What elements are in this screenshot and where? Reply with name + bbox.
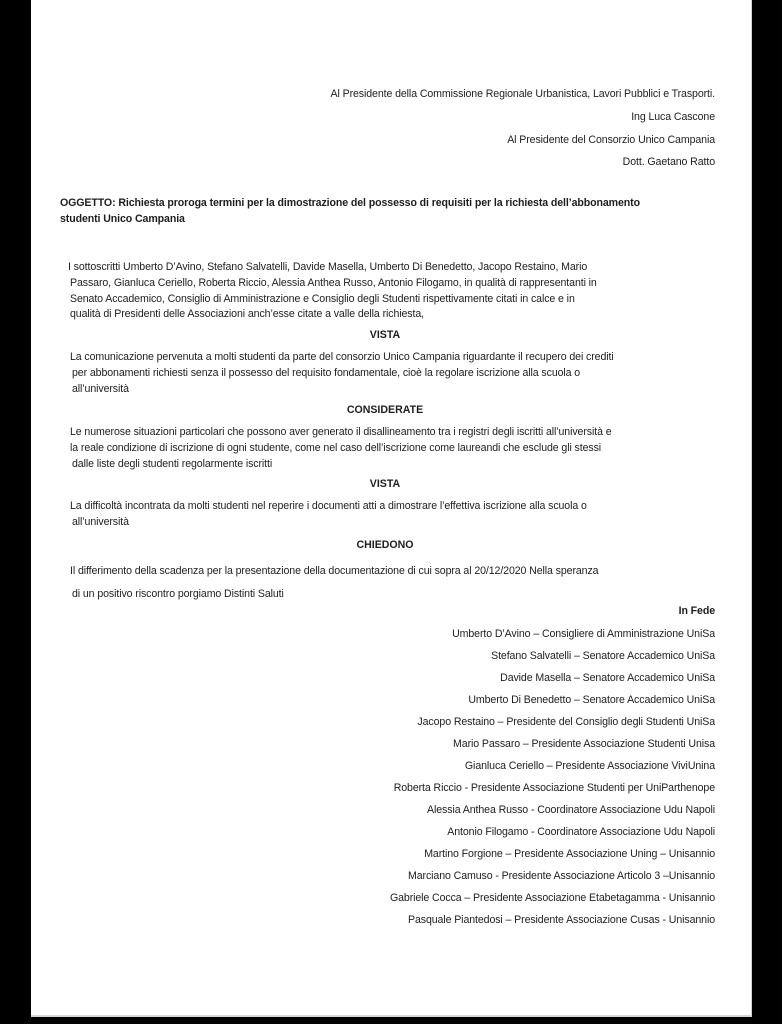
signatory: Gabriele Cocca – Presidente Associazione… [390, 891, 715, 906]
subject: OGGETTO: Richiesta proroga termini per l… [60, 196, 700, 228]
signatory: Gianluca Ceriello – Presidente Associazi… [465, 759, 715, 774]
section-heading-vista: VISTA [25, 328, 745, 343]
section-paragraph: Il differimento della scadenza per la pr… [70, 560, 710, 606]
intro-paragraph: I sottoscritti Umberto D’Avino, Stefano … [68, 260, 708, 323]
subject-line: OGGETTO: Richiesta proroga termini per l… [60, 196, 700, 212]
section-line: Le numerose situazioni particolari che p… [70, 425, 710, 441]
recipient-line: Al Presidente del Consorzio Unico Campan… [507, 133, 715, 148]
signatory: Antonio Filogamo - Coordinatore Associaz… [447, 825, 715, 840]
signatory: Pasquale Piantedosi – Presidente Associa… [408, 913, 715, 928]
section-line: La comunicazione pervenuta a molti stude… [70, 350, 710, 366]
section-line: all’università [70, 515, 710, 531]
intro-line: Passaro, Gianluca Ceriello, Roberta Ricc… [68, 276, 708, 292]
subject-line: studenti Unico Campania [60, 212, 700, 228]
section-paragraph: La difficoltà incontrata da molti studen… [70, 499, 710, 531]
recipient-line: Dott. Gaetano Ratto [623, 155, 715, 170]
signatory: Alessia Anthea Russo - Coordinatore Asso… [427, 803, 715, 818]
section-heading-vista: VISTA [25, 477, 745, 492]
section-line: dalle liste degli studenti regolarmente … [70, 457, 710, 473]
signatory: Mario Passaro – Presidente Associazione … [453, 737, 715, 752]
signatory: Roberta Riccio - Presidente Associazione… [394, 781, 715, 796]
recipient-line: Al Presidente della Commissione Regional… [331, 87, 715, 102]
section-line: per abbonamenti richiesti senza il posse… [70, 366, 710, 382]
intro-line: Senato Accademico, Consiglio di Amminist… [68, 292, 708, 308]
section-line: di un positivo riscontro porgiamo Distin… [70, 583, 710, 606]
recipient-line: Ing Luca Cascone [631, 110, 715, 125]
section-line: Il differimento della scadenza per la pr… [70, 560, 710, 583]
signatory: Davide Masella – Senatore Accademico Uni… [500, 671, 715, 686]
closing: In Fede [679, 604, 715, 619]
signatory: Martino Forgione – Presidente Associazio… [424, 847, 715, 862]
section-paragraph: Le numerose situazioni particolari che p… [70, 425, 710, 472]
signatory: Jacopo Restaino – Presidente del Consigl… [417, 715, 715, 730]
section-heading-chiedono: CHIEDONO [25, 538, 745, 553]
signatory: Stefano Salvatelli – Senatore Accademico… [491, 649, 715, 664]
subject-text: Richiesta proroga termini per la dimostr… [116, 197, 640, 209]
document-page: Al Presidente della Commissione Regional… [31, 0, 752, 1017]
section-line: all’università [70, 382, 710, 398]
signatory: Marciano Camuso - Presidente Associazion… [408, 869, 715, 884]
subject-label: OGGETTO: [60, 197, 116, 209]
intro-line: I sottoscritti Umberto D’Avino, Stefano … [68, 260, 708, 276]
section-heading-considerate: CONSIDERATE [25, 403, 745, 418]
section-line: La difficoltà incontrata da molti studen… [70, 499, 710, 515]
signatory: Umberto Di Benedetto – Senatore Accademi… [468, 693, 715, 708]
intro-line: qualità di Presidenti delle Associazioni… [68, 307, 708, 323]
section-paragraph: La comunicazione pervenuta a molti stude… [70, 350, 710, 397]
signatory: Umberto D’Avino – Consigliere di Amminis… [452, 627, 715, 642]
section-line: la reale condizione di iscrizione di ogn… [70, 441, 710, 457]
